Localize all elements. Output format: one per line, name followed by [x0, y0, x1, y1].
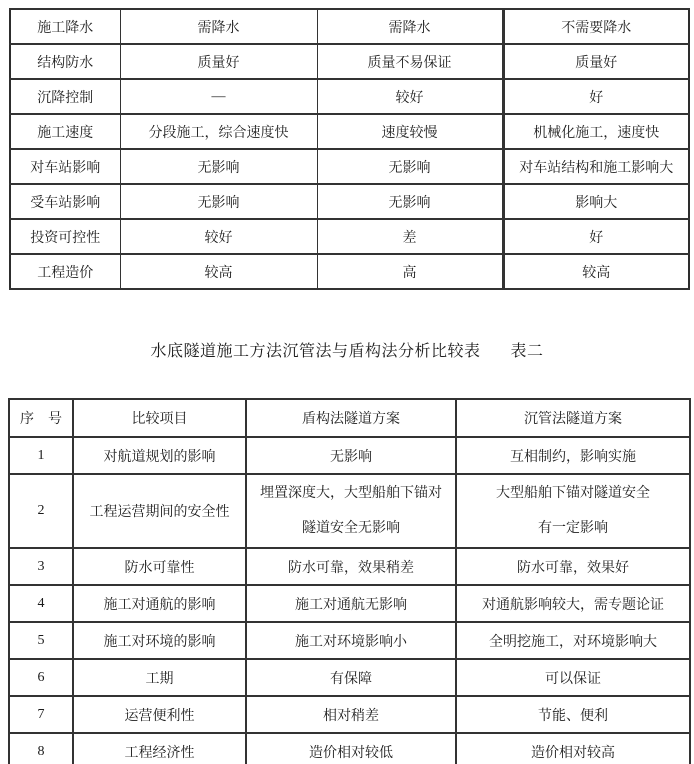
table-cell: 相对稍差	[246, 696, 456, 733]
table-cell: 施工对环境的影响	[73, 622, 246, 659]
table-row: 工程造价较高高较高	[10, 254, 689, 289]
table-cell: 施工速度	[10, 114, 120, 149]
table-cell: 1	[9, 437, 73, 474]
table-cell: 较好	[317, 79, 503, 114]
table-cell-line: 大型船舶下锚对隧道安全	[460, 476, 686, 511]
table-cell: 8	[9, 733, 73, 764]
table-cell: 4	[9, 585, 73, 622]
table-row: 8工程经济性造价相对较低造价相对较高	[9, 733, 690, 764]
table-cell: 对航道规划的影响	[73, 437, 246, 474]
table-cell: 大型船舶下锚对隧道安全有一定影响	[456, 474, 690, 548]
construction-method-comparison-table: 施工降水需降水需降水不需要降水结构防水质量好质量不易保证质量好沉降控制—较好好施…	[9, 8, 690, 290]
table-cell: 分段施工，综合速度快	[120, 114, 317, 149]
table-row: 6工期有保障可以保证	[9, 659, 690, 696]
table-cell: 质量好	[120, 44, 317, 79]
table-cell: 防水可靠，效果稍差	[246, 548, 456, 585]
tunnel-method-comparison-table: 序 号比较项目盾构法隧道方案沉管法隧道方案 1对航道规划的影响无影响互相制约，影…	[8, 398, 691, 764]
table-cell: 结构防水	[10, 44, 120, 79]
table-header-cell: 序 号	[9, 399, 73, 437]
table-cell: 投资可控性	[10, 219, 120, 254]
table-header-cell: 沉管法隧道方案	[456, 399, 690, 437]
table-cell: 互相制约，影响实施	[456, 437, 690, 474]
table-cell: 施工对通航无影响	[246, 585, 456, 622]
table-cell-line: 埋置深度大，大型船舶下锚对	[250, 476, 452, 511]
document-page: 施工降水需降水需降水不需要降水结构防水质量好质量不易保证质量好沉降控制—较好好施…	[0, 0, 694, 764]
table-cell: 可以保证	[456, 659, 690, 696]
tunnel-method-table-header: 序 号比较项目盾构法隧道方案沉管法隧道方案	[9, 399, 690, 437]
table-row: 1对航道规划的影响无影响互相制约，影响实施	[9, 437, 690, 474]
table-cell: 工期	[73, 659, 246, 696]
table-row: 沉降控制—较好好	[10, 79, 689, 114]
table-cell: 不需要降水	[503, 9, 689, 44]
table-row: 4施工对通航的影响施工对通航无影响对通航影响较大，需专题论证	[9, 585, 690, 622]
table-row: 对车站影响无影响无影响对车站结构和施工影响大	[10, 149, 689, 184]
table-cell: 对通航影响较大，需专题论证	[456, 585, 690, 622]
table-cell: 机械化施工，速度快	[503, 114, 689, 149]
table-cell: 有保障	[246, 659, 456, 696]
table-cell: 对车站影响	[10, 149, 120, 184]
table-cell: 无影响	[317, 149, 503, 184]
table-row: 7运营便利性相对稍差节能、便利	[9, 696, 690, 733]
table-cell: 施工对通航的影响	[73, 585, 246, 622]
table-cell: 受车站影响	[10, 184, 120, 219]
table-cell: 沉降控制	[10, 79, 120, 114]
table-cell: 无影响	[246, 437, 456, 474]
table-cell: 需降水	[317, 9, 503, 44]
table-row: 施工降水需降水需降水不需要降水	[10, 9, 689, 44]
table-cell: 质量好	[503, 44, 689, 79]
table-cell: 5	[9, 622, 73, 659]
table-cell: 2	[9, 474, 73, 548]
table-cell: 无影响	[120, 184, 317, 219]
table-cell: 影响大	[503, 184, 689, 219]
table-cell: 节能、便利	[456, 696, 690, 733]
table-cell: 速度较慢	[317, 114, 503, 149]
table-cell: 好	[503, 79, 689, 114]
table-cell: —	[120, 79, 317, 114]
table-header-cell: 盾构法隧道方案	[246, 399, 456, 437]
table-row: 3防水可靠性防水可靠，效果稍差防水可靠，效果好	[9, 548, 690, 585]
table-row: 投资可控性较好差好	[10, 219, 689, 254]
table-cell: 运营便利性	[73, 696, 246, 733]
table-cell: 对车站结构和施工影响大	[503, 149, 689, 184]
table-cell: 较高	[120, 254, 317, 289]
table-cell: 造价相对较低	[246, 733, 456, 764]
table-cell: 3	[9, 548, 73, 585]
table-cell: 防水可靠性	[73, 548, 246, 585]
table-cell: 无影响	[120, 149, 317, 184]
table-row: 5施工对环境的影响施工对环境影响小全明挖施工，对环境影响大	[9, 622, 690, 659]
construction-method-table-body: 施工降水需降水需降水不需要降水结构防水质量好质量不易保证质量好沉降控制—较好好施…	[10, 9, 689, 289]
table-cell: 全明挖施工，对环境影响大	[456, 622, 690, 659]
table-cell: 需降水	[120, 9, 317, 44]
table-cell: 工程经济性	[73, 733, 246, 764]
table-cell: 质量不易保证	[317, 44, 503, 79]
table-cell: 埋置深度大，大型船舶下锚对隧道安全无影响	[246, 474, 456, 548]
table-cell: 造价相对较高	[456, 733, 690, 764]
table-row: 施工速度分段施工，综合速度快速度较慢机械化施工，速度快	[10, 114, 689, 149]
table-header-cell: 比较项目	[73, 399, 246, 437]
table-cell-line: 隧道安全无影响	[250, 511, 452, 546]
table-cell: 无影响	[317, 184, 503, 219]
table-caption: 水底隧道施工方法沉管法与盾构法分析比较表 表二	[0, 338, 694, 361]
table-cell: 工程造价	[10, 254, 120, 289]
table-cell: 差	[317, 219, 503, 254]
table-cell: 较好	[120, 219, 317, 254]
table-row: 受车站影响无影响无影响影响大	[10, 184, 689, 219]
tunnel-method-table-body: 1对航道规划的影响无影响互相制约，影响实施2工程运营期间的安全性埋置深度大，大型…	[9, 437, 690, 764]
table-cell: 较高	[503, 254, 689, 289]
table-row: 2工程运营期间的安全性埋置深度大，大型船舶下锚对隧道安全无影响大型船舶下锚对隧道…	[9, 474, 690, 548]
table-cell: 防水可靠，效果好	[456, 548, 690, 585]
table-header-row: 序 号比较项目盾构法隧道方案沉管法隧道方案	[9, 399, 690, 437]
table-row: 结构防水质量好质量不易保证质量好	[10, 44, 689, 79]
table-cell: 高	[317, 254, 503, 289]
table-cell: 施工降水	[10, 9, 120, 44]
table-cell: 6	[9, 659, 73, 696]
table-cell: 工程运营期间的安全性	[73, 474, 246, 548]
table-cell: 好	[503, 219, 689, 254]
table-cell: 施工对环境影响小	[246, 622, 456, 659]
table-caption-title: 水底隧道施工方法沉管法与盾构法分析比较表	[150, 338, 480, 361]
table-cell: 7	[9, 696, 73, 733]
table-cell-line: 有一定影响	[460, 511, 686, 546]
table-caption-number: 表二	[511, 338, 544, 361]
